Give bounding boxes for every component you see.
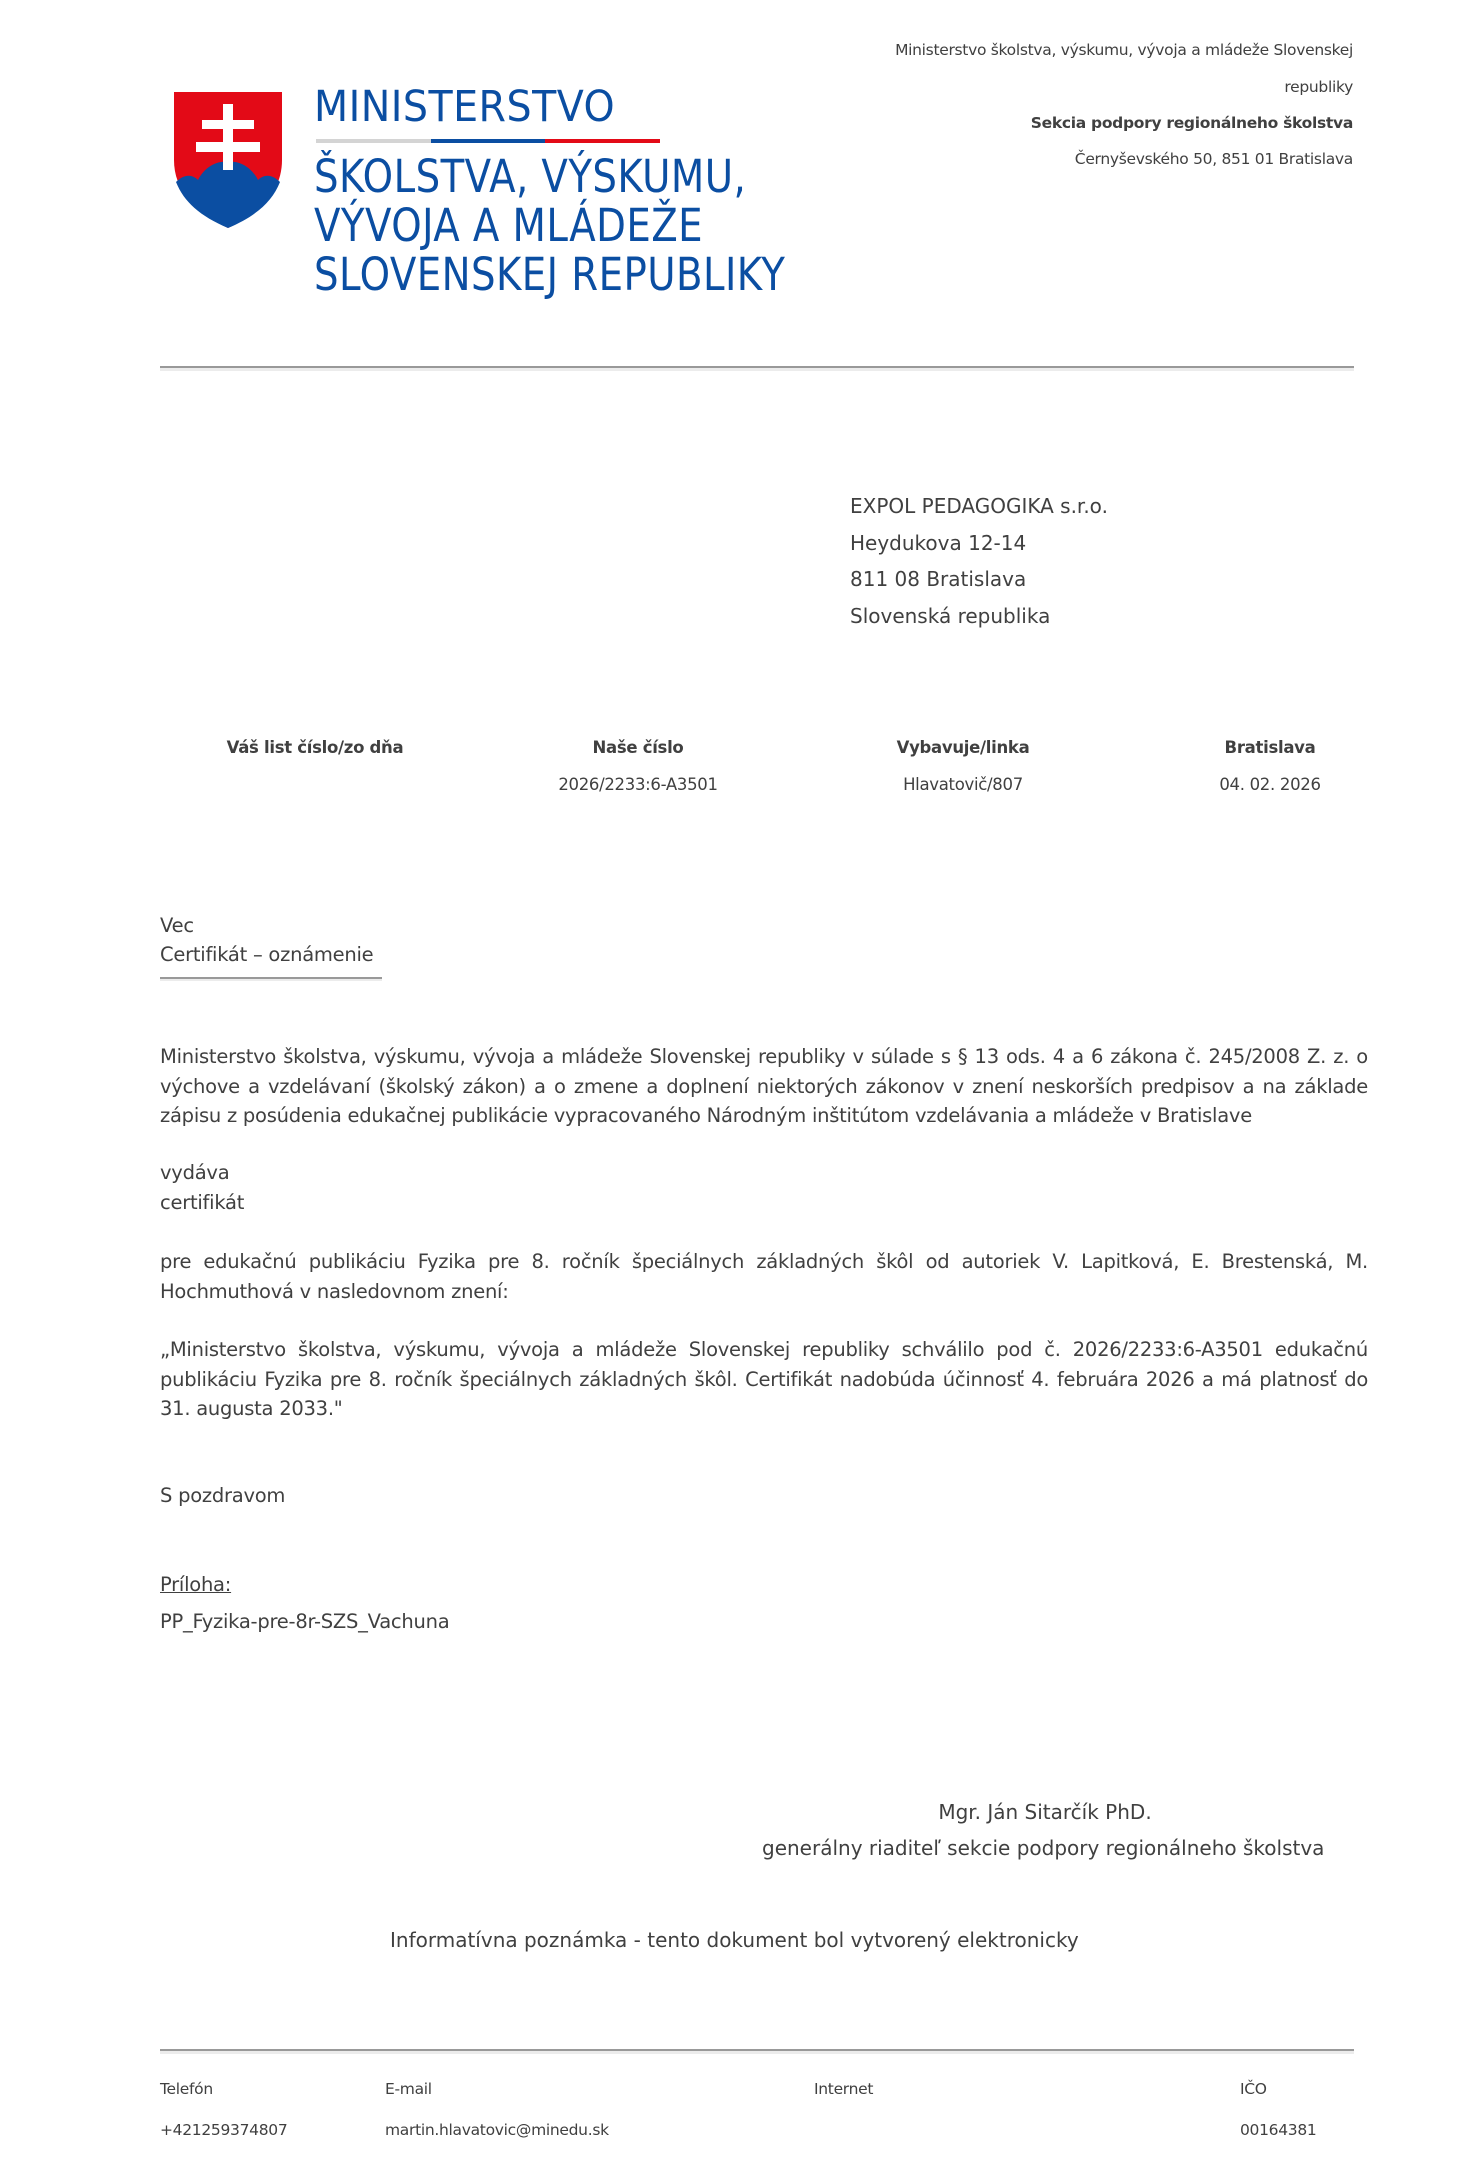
signature-title: generálny riaditeľ sekcie podpory region… (762, 1836, 1324, 1860)
ref-handled-by: Vybavuje/linka Hlavatovič/807 (843, 738, 1083, 795)
recipient-name: EXPOL PEDAGOGIKA s.r.o. (850, 488, 1108, 525)
body-certificate: certifikát (160, 1188, 1368, 1218)
body-greeting: S pozdravom (160, 1481, 1368, 1511)
footer-email-label: E-mail (385, 2079, 432, 2099)
signature-name: Mgr. Ján Sitarčík PhD. (845, 1800, 1245, 1824)
body-intro: Ministerstvo školstva, výskumu, vývoja a… (160, 1042, 1368, 1131)
header-divider (160, 366, 1354, 371)
subject-underline (160, 977, 382, 981)
ref-place-date: Bratislava 04. 02. 2026 (1150, 738, 1390, 795)
ref-value: 04. 02. 2026 (1150, 775, 1390, 795)
header-address: Černyševského 50, 851 01 Bratislava (1075, 149, 1353, 169)
ref-label: Naše číslo (518, 738, 758, 758)
body-publication: pre edukačnú publikáciu Fyzika pre 8. ro… (160, 1247, 1368, 1306)
body-quote: „Ministerstvo školstva, výskumu, vývoja … (160, 1335, 1368, 1424)
recipient-address: EXPOL PEDAGOGIKA s.r.o. Heydukova 12-14 … (850, 488, 1108, 634)
logo-subtitle: ŠKOLSTVA, VÝSKUMU, VÝVOJA A MLÁDEŽE SLOV… (314, 152, 785, 299)
header-org-line2: republiky (1284, 77, 1353, 97)
ref-value: Hlavatovič/807 (843, 775, 1083, 795)
logo-line4: SLOVENSKEJ REPUBLIKY (314, 250, 785, 299)
logo-title: MINISTERSTVO (314, 82, 615, 132)
ref-our-number: Naše číslo 2026/2233:6-A3501 (518, 738, 758, 795)
attachment-label: Príloha: (160, 1570, 231, 1600)
logo-tricolor-stripe (316, 139, 660, 143)
attachment-file[interactable]: PP_Fyzika-pre-8r-SZS_Vachuna (160, 1607, 1368, 1637)
footer-email[interactable]: martin.hlavatovic@minedu.sk (385, 2120, 609, 2140)
footer-phone: +421259374807 (160, 2120, 287, 2140)
header-org-line1: Ministerstvo školstva, výskumu, vývoja a… (895, 40, 1353, 60)
recipient-city: 811 08 Bratislava (850, 561, 1108, 598)
body-issues: vydáva (160, 1158, 1368, 1188)
ref-label: Bratislava (1150, 738, 1390, 758)
footer-ico: 00164381 (1240, 2120, 1317, 2140)
slovak-coat-of-arms-icon (172, 90, 284, 230)
ref-your-letter: Váš list číslo/zo dňa (195, 738, 435, 775)
recipient-street: Heydukova 12-14 (850, 525, 1108, 562)
header-section: Sekcia podpory regionálneho školstva (1031, 113, 1353, 133)
footer-ico-label: IČO (1240, 2079, 1267, 2099)
footer-internet-label: Internet (814, 2079, 873, 2099)
ref-label: Vybavuje/linka (843, 738, 1083, 758)
logo-line2: ŠKOLSTVA, VÝSKUMU, (314, 152, 785, 201)
recipient-country: Slovenská republika (850, 598, 1108, 635)
footer-phone-label: Telefón (160, 2079, 213, 2099)
subject-label: Vec (160, 911, 1368, 941)
subject-title: Certifikát – oznámenie (160, 940, 1368, 970)
logo-line3: VÝVOJA A MLÁDEŽE (314, 201, 785, 250)
ref-label: Váš list číslo/zo dňa (195, 738, 435, 758)
electronic-document-note: Informatívna poznámka - tento dokument b… (390, 1928, 1079, 1952)
ref-value: 2026/2233:6-A3501 (518, 775, 758, 795)
footer-divider (160, 2049, 1354, 2054)
